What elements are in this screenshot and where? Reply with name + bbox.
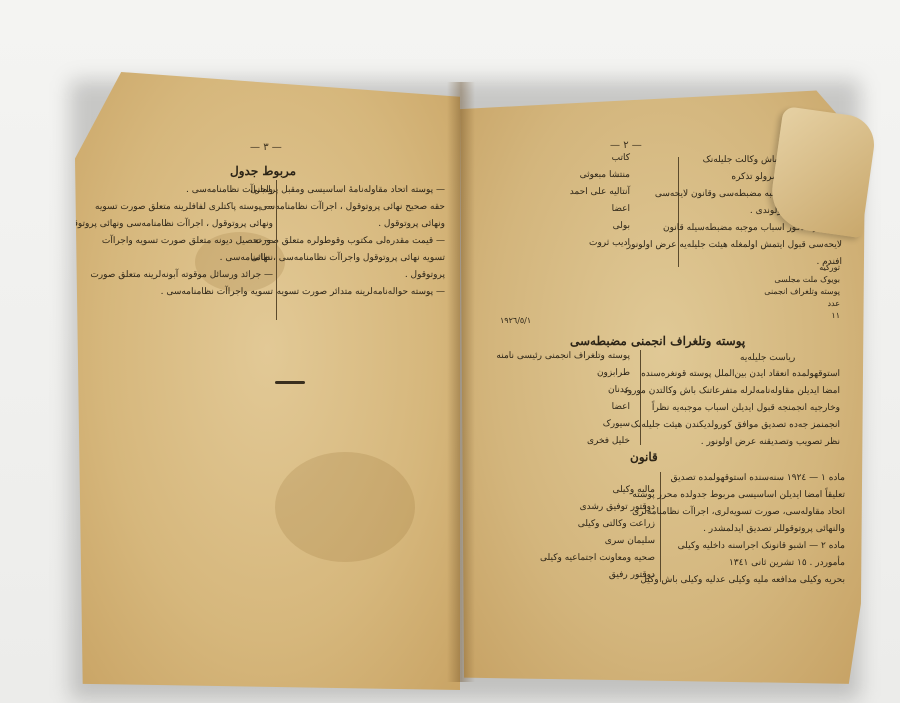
committee-address: ریاست جلیله‌یه (740, 350, 795, 367)
left-page-right-column: — پوسته اتحاد مقاوله‌نامه‌ٔ اساسیسی ومقب… (280, 182, 445, 301)
left-page-left-column: واجراآت نظامنامه‌سی . — پوسته پاکتلری لف… (95, 182, 273, 301)
column-divider (640, 350, 641, 445)
left-page: — ٣ — مربوط جدول — پوسته اتحاد مقاوله‌نا… (75, 72, 460, 690)
law-heading: قانون (630, 450, 658, 464)
top-signature-block: کاتب منتشا مبعوثی آنتالیه علی احمد اعضا … (480, 150, 630, 252)
page-heading: مربوط جدول (230, 164, 296, 178)
book-gutter (447, 82, 475, 682)
column-divider (276, 180, 277, 320)
reference-block: تورکیه بویوک ملت مجلسی پوسته وتلغراف انج… (750, 262, 840, 322)
committee-paragraph: استوقهولمده انعقاد ایدن بین‌الملل پوسته … (645, 366, 840, 451)
ornament-divider (275, 381, 305, 384)
document-date: ١٩٢٦/٥/١ (500, 312, 531, 329)
booklet: — ٣ — مربوط جدول — پوسته اتحاد مقاوله‌نا… (75, 72, 865, 690)
committee-signature-block: پوسته وتلغراف انجمنی رئیسی نامنه طرابزون… (480, 348, 630, 450)
folded-page-corner (767, 106, 878, 238)
law-signature-block: مالیه وکیلی دوقتور توفیق رشدی زراعت وکال… (480, 482, 655, 584)
committee-heading: پوسته وتلغراف انجمنی مضبطه‌سی (570, 334, 745, 348)
law-paragraph: ماده ١ — ١٩٢٤ سنه‌سنده استوقهولمده تصدیق… (665, 470, 845, 589)
page-number: — ٣ — (250, 142, 282, 153)
paper-stain (275, 452, 415, 562)
